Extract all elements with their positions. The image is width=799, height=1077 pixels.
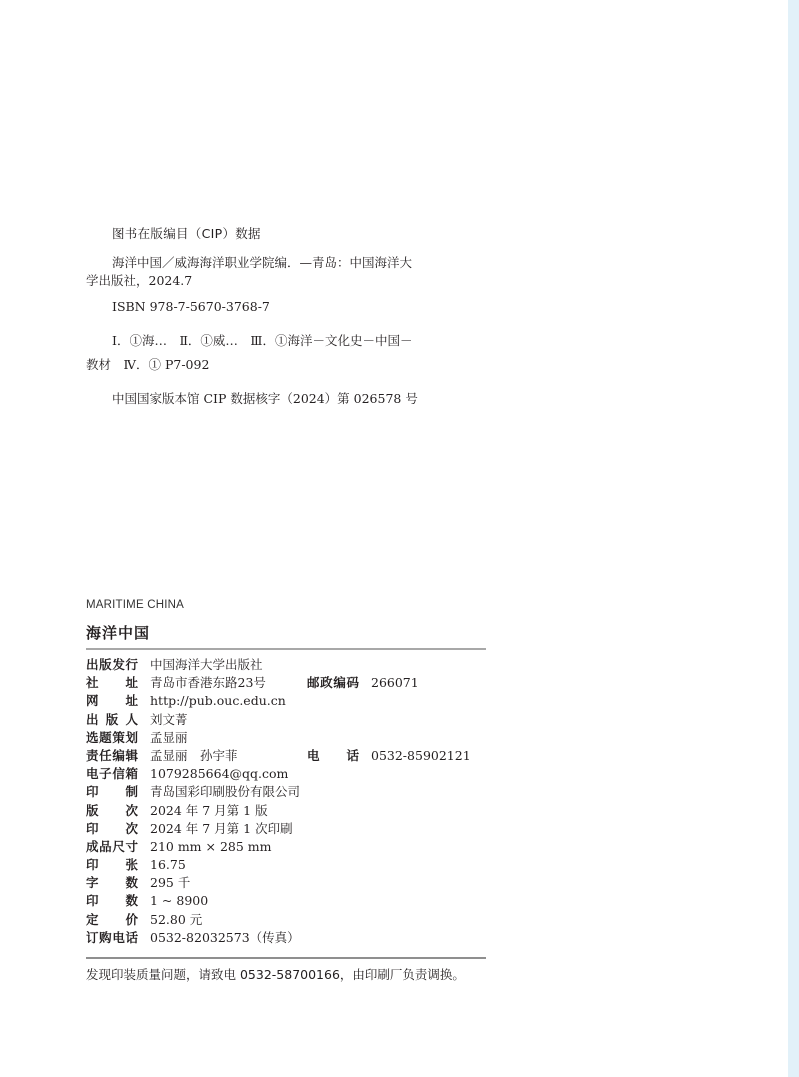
colophon-row-edition: 版 次 2024 年 7 月第 1 版	[86, 802, 486, 820]
colophon-label-postcode: 邮政编码	[307, 674, 359, 692]
book-title-english: MARITIME CHINA	[86, 599, 184, 611]
cip-classification-line1: Ⅰ．①海… Ⅱ．①威… Ⅲ．①海洋－文化史－中国－	[112, 332, 413, 350]
colophon-label: 选题策划	[86, 729, 138, 747]
colophon-value-phone: 0532-85902121	[371, 747, 471, 765]
colophon-label: 印 制	[86, 783, 138, 801]
colophon-row-editors: 责任编辑 孟显丽 孙宇菲 电 话 0532-85902121	[86, 747, 486, 765]
colophon-label: 网 址	[86, 692, 138, 710]
colophon-value: 2024 年 7 月第 1 次印刷	[150, 820, 293, 838]
colophon-row-website: 网 址 http://pub.ouc.edu.cn	[86, 692, 486, 710]
colophon-value: 295 千	[150, 874, 190, 892]
colophon-row-publisher: 出版发行 中国海洋大学出版社	[86, 656, 486, 674]
colophon-row-sheets: 印 张 16.75	[86, 856, 486, 874]
colophon-row-wordcount: 字 数 295 千	[86, 874, 486, 892]
cip-isbn: ISBN 978-7-5670-3768-7	[112, 298, 270, 316]
colophon-row-issuer: 出版人 刘文菁	[86, 711, 486, 729]
colophon-label: 印 张	[86, 856, 138, 874]
colophon-value-website-link: http://pub.ouc.edu.cn	[150, 692, 286, 710]
colophon-label: 定 价	[86, 911, 138, 929]
colophon-value: 0532-82032573（传真）	[150, 929, 300, 947]
colophon-label: 成品尺寸	[86, 838, 138, 856]
cip-citation-line1: 海洋中国／威海海洋职业学院编．—青岛：中国海洋大	[112, 254, 412, 272]
colophon-row-printing: 印 次 2024 年 7 月第 1 次印刷	[86, 820, 486, 838]
colophon-row-price: 定 价 52.80 元	[86, 911, 486, 929]
colophon-row-size: 成品尺寸 210 mm × 285 mm	[86, 838, 486, 856]
colophon-value: 青岛市香港东路23号	[150, 674, 266, 692]
colophon-label: 版 次	[86, 802, 138, 820]
colophon-value: 青岛国彩印刷股份有限公司	[150, 783, 300, 801]
colophon-label: 字 数	[86, 874, 138, 892]
cip-record-number: 中国国家版本馆 CIP 数据核字（2024）第 026578 号	[112, 390, 418, 408]
colophon-value-postcode: 266071	[371, 674, 419, 692]
colophon-row-email: 电子信箱 1079285664@qq.com	[86, 765, 486, 783]
colophon-row-address: 社 址 青岛市香港东路23号 邮政编码 266071	[86, 674, 486, 692]
colophon-label: 出版发行	[86, 656, 138, 674]
colophon-label: 社 址	[86, 674, 138, 692]
quality-notice: 发现印装质量问题，请致电 0532-58700166，由印刷厂负责调换。	[86, 966, 465, 984]
colophon-value-email: 1079285664@qq.com	[150, 765, 288, 783]
colophon-row-planning: 选题策划 孟显丽	[86, 729, 486, 747]
colophon-value: 中国海洋大学出版社	[150, 656, 263, 674]
cip-classification-line2: 教材 Ⅳ．① P7-092	[86, 356, 209, 374]
colophon-value: 刘文菁	[150, 711, 188, 729]
colophon-value: 孟显丽 孙宇菲	[150, 747, 238, 765]
colophon-value: 1 ~ 8900	[150, 892, 208, 910]
cip-citation-line2: 学出版社，2024.7	[86, 272, 192, 290]
bottom-divider	[86, 957, 486, 959]
colophon-label: 订购电话	[86, 929, 138, 947]
colophon-value: 2024 年 7 月第 1 版	[150, 802, 268, 820]
colophon-label-phone: 电 话	[307, 747, 359, 765]
colophon-value: 16.75	[150, 856, 186, 874]
colophon-value: 52.80 元	[150, 911, 202, 929]
colophon-row-printrun: 印 数 1 ~ 8900	[86, 892, 486, 910]
colophon-label: 出版人	[86, 711, 138, 729]
colophon-label: 印 次	[86, 820, 138, 838]
colophon-table: 出版发行 中国海洋大学出版社 社 址 青岛市香港东路23号 邮政编码 26607…	[86, 656, 486, 947]
colophon-row-order-phone: 订购电话 0532-82032573（传真）	[86, 929, 486, 947]
colophon-label: 责任编辑	[86, 747, 138, 765]
top-divider	[86, 648, 486, 650]
colophon-label: 电子信箱	[86, 765, 138, 783]
colophon-label: 印 数	[86, 892, 138, 910]
cip-title: 图书在版编目（CIP）数据	[112, 224, 261, 242]
colophon-value: 孟显丽	[150, 729, 188, 747]
book-title-chinese: 海洋中国	[86, 622, 150, 643]
colophon-row-printer: 印 制 青岛国彩印刷股份有限公司	[86, 783, 486, 801]
page-edge-strip	[788, 0, 799, 1077]
colophon-value: 210 mm × 285 mm	[150, 838, 272, 856]
